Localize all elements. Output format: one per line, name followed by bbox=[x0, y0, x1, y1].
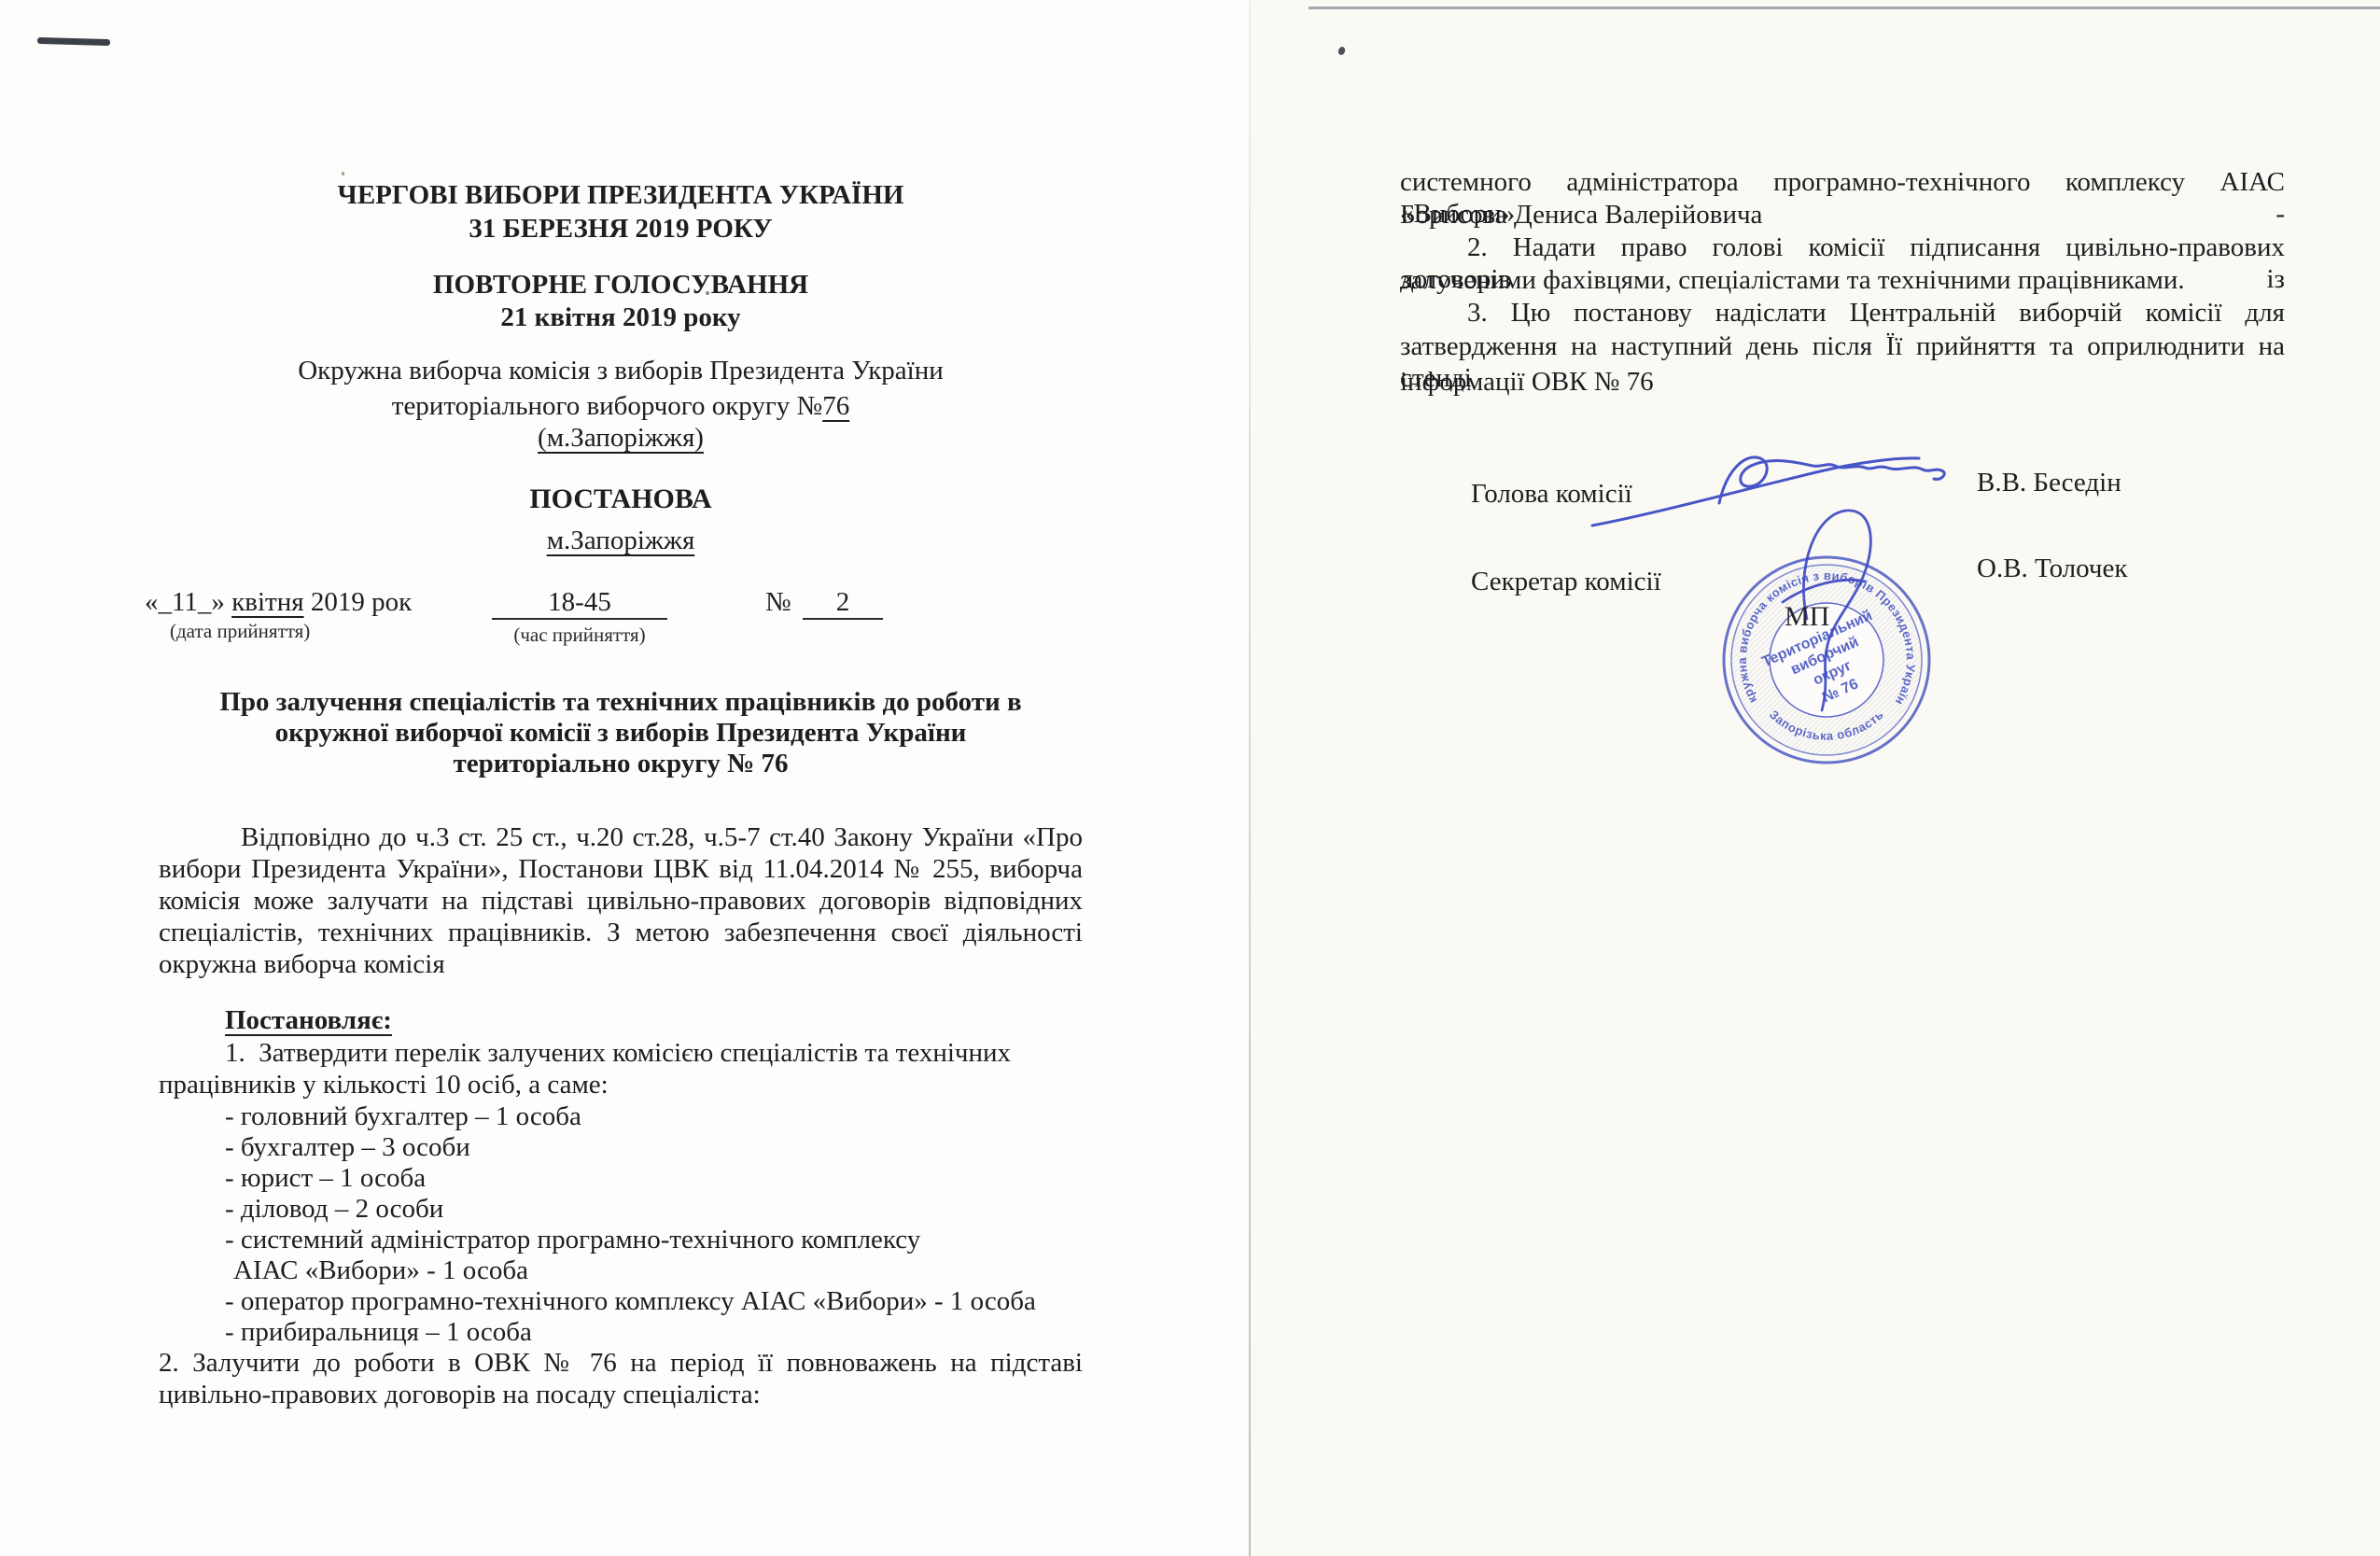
time-caption: (час прийняття) bbox=[499, 624, 660, 646]
adoption-date: «_11_» квітня 2019 рок bbox=[145, 586, 412, 618]
secretary-label: Секретар комісії bbox=[1471, 566, 1661, 597]
date-caption: (дата прийняття) bbox=[170, 620, 310, 642]
seal-place-mark: МП bbox=[1785, 601, 1829, 633]
staff-list-item: - оператор програмно-технічного комплекс… bbox=[225, 1285, 1036, 1317]
preamble-line: комісія може залучати на підставі цивіль… bbox=[159, 885, 1083, 917]
commission-name-line2: територіального виборчого округу №76 bbox=[159, 390, 1083, 422]
staff-list-item: - прибиральниця – 1 особа bbox=[225, 1316, 532, 1348]
dust-speck bbox=[342, 172, 344, 175]
preamble-line: Відповідно до ч.3 ст. 25 ст., ч.20 ст.28… bbox=[159, 821, 1083, 853]
staff-list-item: АІАС «Вибори» - 1 особа bbox=[233, 1255, 528, 1286]
chair-signature bbox=[1587, 425, 1969, 546]
item3-line2: залученими фахівцями, спеціалістами та т… bbox=[1400, 264, 2285, 296]
item2-line2: цивільно-правових договорів на посаду сп… bbox=[159, 1379, 1083, 1410]
page-seam bbox=[1249, 0, 1251, 1556]
resolves-heading: Постановляє: bbox=[225, 1004, 392, 1036]
item4-line1: 3. Цю постанову надіслати Центральній ви… bbox=[1400, 297, 2285, 329]
district-text: територіального виборчого округу № bbox=[392, 391, 822, 421]
staff-list-item: - бухгалтер – 3 особи bbox=[225, 1131, 470, 1163]
number-label: № bbox=[765, 586, 791, 618]
item1-line1: 1. Затвердити перелік залучених комісією… bbox=[225, 1037, 1011, 1069]
secretary-name: О.В. Толочек bbox=[1977, 553, 2127, 584]
adoption-month: квітня bbox=[231, 587, 303, 617]
staff-list-item: - юрист – 1 особа bbox=[225, 1162, 426, 1194]
item1-line2: працівників у кількості 10 осіб, а саме: bbox=[159, 1069, 609, 1100]
chair-name: В.В. Беседін bbox=[1977, 467, 2121, 498]
preamble-line: окружна виборча комісія bbox=[159, 948, 1083, 980]
adoption-time: 18-45 bbox=[492, 586, 667, 620]
preamble-line: спеціалістів, технічних працівників. З м… bbox=[159, 917, 1083, 948]
revote-header-line2: 21 квітня 2019 року bbox=[159, 301, 1083, 333]
commission-name-line1: Окружна виборча комісія з виборів Презид… bbox=[159, 355, 1083, 386]
staff-list-item: - діловод – 2 особи bbox=[225, 1193, 443, 1225]
document-city: м.Запоріжжя bbox=[159, 525, 1083, 556]
scanned-document: ЧЕРГОВІ ВИБОРИ ПРЕЗИДЕНТА УКРАЇНИ 31 БЕР… bbox=[0, 0, 2380, 1556]
continuation-line: Борисова Дениса Валерійовича bbox=[1400, 199, 2285, 231]
district-number: 76 bbox=[822, 391, 849, 421]
decree-title-line2: окружної виборчої комісії з виборів През… bbox=[159, 717, 1083, 749]
preamble-line: вибори Президента України», Постанови ЦВ… bbox=[159, 853, 1083, 885]
staff-list-item: - головний бухгалтер – 1 особа bbox=[225, 1100, 581, 1132]
decree-title-line1: Про залучення спеціалістів та технічних … bbox=[159, 686, 1083, 718]
election-header-line2: 31 БЕРЕЗНЯ 2019 РОКУ bbox=[159, 213, 1083, 245]
item4-line3: інформації ОВК № 76 bbox=[1400, 366, 2285, 398]
item2-line1: 2. Залучити до роботи в ОВК № 76 на пері… bbox=[159, 1347, 1083, 1379]
commission-city: (м.Запоріжжя) bbox=[159, 422, 1083, 454]
number-value: 2 bbox=[803, 586, 883, 620]
staple-mark bbox=[37, 37, 110, 46]
right-page-top-edge bbox=[1309, 7, 2380, 9]
staff-list-item: - системний адміністратор програмно-техн… bbox=[225, 1224, 920, 1255]
election-header-line1: ЧЕРГОВІ ВИБОРИ ПРЕЗИДЕНТА УКРАЇНИ bbox=[159, 179, 1083, 211]
decree-title-line3: територіально округу № 76 bbox=[159, 748, 1083, 779]
document-type: ПОСТАНОВА bbox=[159, 484, 1083, 515]
revote-header-line1: ПОВТОРНЕ ГОЛОСУВАННЯ bbox=[159, 269, 1083, 301]
